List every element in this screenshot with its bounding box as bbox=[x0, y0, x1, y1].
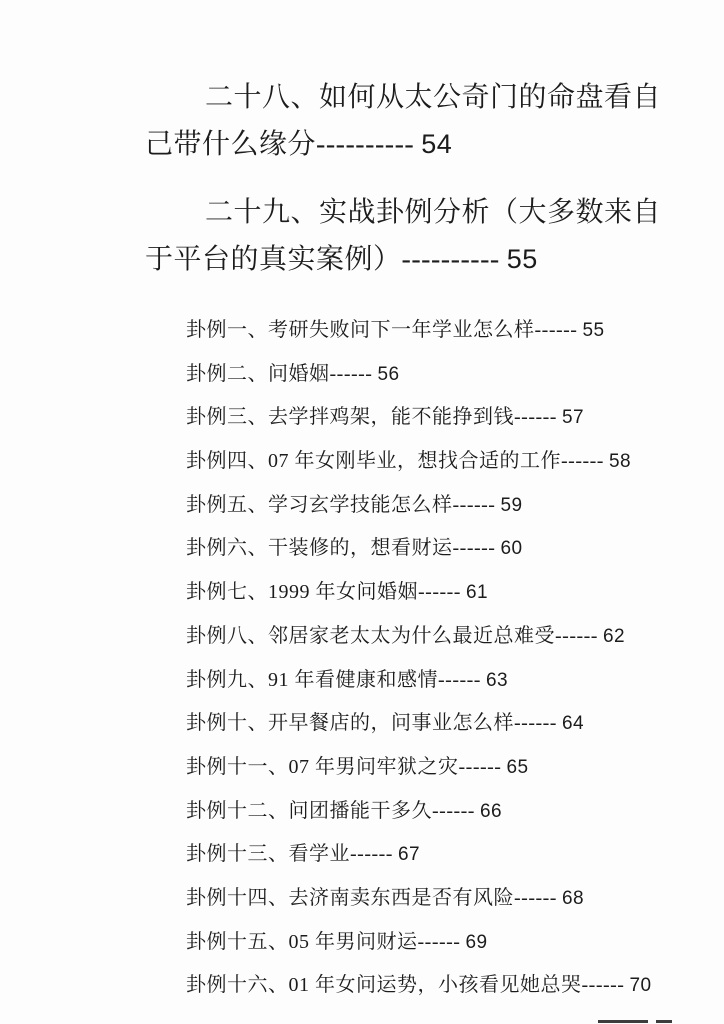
toc-entry-page-number: 65 bbox=[506, 757, 528, 778]
toc-entry-page-number: 64 bbox=[562, 713, 584, 734]
toc-entry-text: 卦例二、问婚姻------ bbox=[186, 363, 372, 385]
toc-entry-list: 卦例一、考研失败问下一年学业怎么样------55卦例二、问婚姻------56… bbox=[186, 309, 706, 1008]
toc-entry-text: 卦例十五、05 年男问财运------ bbox=[186, 931, 460, 953]
toc-entry-page-number: 58 bbox=[609, 451, 631, 472]
toc-entry-text: 卦例十二、问团播能干多久------ bbox=[186, 800, 475, 822]
section-heading-28-line2[interactable]: 己带什么缘分----------54 bbox=[145, 127, 452, 162]
toc-entry-page-number: 70 bbox=[629, 975, 651, 996]
toc-entry[interactable]: 卦例八、邻居家老太太为什么最近总难受------62 bbox=[186, 615, 706, 659]
toc-entry-text: 卦例十、开早餐店的，问事业怎么样------ bbox=[186, 712, 557, 734]
toc-entry-page-number: 69 bbox=[465, 932, 487, 953]
toc-entry-text: 卦例五、学习玄学技能怎么样------ bbox=[186, 494, 495, 516]
document-page: 二十八、如何从太公奇门的命盘看自 己带什么缘分----------54 二十九、… bbox=[0, 0, 724, 1024]
toc-entry-page-number: 55 bbox=[582, 320, 604, 341]
clipped-glyph-tops bbox=[656, 1020, 672, 1023]
toc-entry-page-number: 60 bbox=[500, 538, 522, 559]
toc-entry-text: 卦例十一、07 年男问牢狱之灾------ bbox=[186, 756, 501, 778]
toc-entry-text: 卦例十四、去济南卖东西是否有风险------ bbox=[186, 887, 557, 909]
toc-entry-page-number: 62 bbox=[603, 626, 625, 647]
toc-entry-page-number: 67 bbox=[398, 844, 420, 865]
toc-entry[interactable]: 卦例六、干装修的，想看财运------60 bbox=[186, 527, 706, 571]
toc-entry[interactable]: 卦例一、考研失败问下一年学业怎么样------55 bbox=[186, 309, 706, 353]
toc-entry-text: 卦例八、邻居家老太太为什么最近总难受------ bbox=[186, 625, 598, 647]
toc-entry[interactable]: 卦例七、1999 年女问婚姻------61 bbox=[186, 571, 706, 615]
toc-entry-text: 卦例七、1999 年女问婚姻------ bbox=[186, 581, 461, 603]
clipped-next-line-fragment bbox=[598, 1018, 688, 1024]
section-page-number: 54 bbox=[421, 129, 452, 159]
toc-entry-text: 卦例十六、01 年女问运势，小孩看见她总哭------ bbox=[186, 974, 624, 996]
section-heading-text: 己带什么缘分---------- bbox=[145, 129, 414, 160]
toc-entry-page-number: 57 bbox=[562, 407, 584, 428]
toc-entry-text: 卦例六、干装修的，想看财运------ bbox=[186, 537, 495, 559]
toc-entry[interactable]: 卦例十二、问团播能干多久------66 bbox=[186, 790, 706, 834]
toc-entry[interactable]: 卦例五、学习玄学技能怎么样------59 bbox=[186, 484, 706, 528]
toc-entry[interactable]: 卦例十四、去济南卖东西是否有风险------68 bbox=[186, 877, 706, 921]
toc-entry-page-number: 59 bbox=[500, 495, 522, 516]
toc-entry-text: 卦例十三、看学业------ bbox=[186, 843, 393, 865]
section-heading-text: 于平台的真实案例）---------- bbox=[145, 244, 500, 275]
section-heading-29-line1[interactable]: 二十九、实战卦例分析（大多数来自 bbox=[205, 196, 661, 230]
toc-entry[interactable]: 卦例十一、07 年男问牢狱之灾------65 bbox=[186, 746, 706, 790]
toc-entry-text: 卦例四、07 年女刚毕业，想找合适的工作------ bbox=[186, 450, 604, 472]
toc-entry[interactable]: 卦例四、07 年女刚毕业，想找合适的工作------58 bbox=[186, 440, 706, 484]
toc-entry-page-number: 56 bbox=[377, 364, 399, 385]
toc-entry-page-number: 68 bbox=[562, 888, 584, 909]
toc-entry[interactable]: 卦例十五、05 年男问财运------69 bbox=[186, 921, 706, 965]
toc-entry[interactable]: 卦例二、问婚姻------56 bbox=[186, 353, 706, 397]
toc-entry-text: 卦例三、去学拌鸡架，能不能挣到钱------ bbox=[186, 406, 557, 428]
section-heading-text: 二十九、实战卦例分析（大多数来自 bbox=[205, 197, 661, 228]
section-heading-28-line1[interactable]: 二十八、如何从太公奇门的命盘看自 bbox=[205, 81, 661, 115]
toc-entry[interactable]: 卦例十三、看学业------67 bbox=[186, 833, 706, 877]
section-heading-29-line2[interactable]: 于平台的真实案例）----------55 bbox=[145, 242, 538, 277]
toc-entry-page-number: 61 bbox=[466, 582, 488, 603]
clipped-glyph-tops bbox=[598, 1020, 648, 1023]
section-page-number: 55 bbox=[507, 244, 538, 274]
toc-entry[interactable]: 卦例三、去学拌鸡架，能不能挣到钱------57 bbox=[186, 396, 706, 440]
toc-entry[interactable]: 卦例九、91 年看健康和感情------63 bbox=[186, 659, 706, 703]
toc-entry-text: 卦例九、91 年看健康和感情------ bbox=[186, 669, 481, 691]
toc-entry-text: 卦例一、考研失败问下一年学业怎么样------ bbox=[186, 319, 577, 341]
toc-entry[interactable]: 卦例十六、01 年女问运势，小孩看见她总哭------70 bbox=[186, 964, 706, 1008]
toc-entry[interactable]: 卦例十、开早餐店的，问事业怎么样------64 bbox=[186, 702, 706, 746]
toc-entry-page-number: 66 bbox=[480, 801, 502, 822]
section-heading-text: 二十八、如何从太公奇门的命盘看自 bbox=[205, 82, 661, 113]
toc-entry-page-number: 63 bbox=[486, 670, 508, 691]
